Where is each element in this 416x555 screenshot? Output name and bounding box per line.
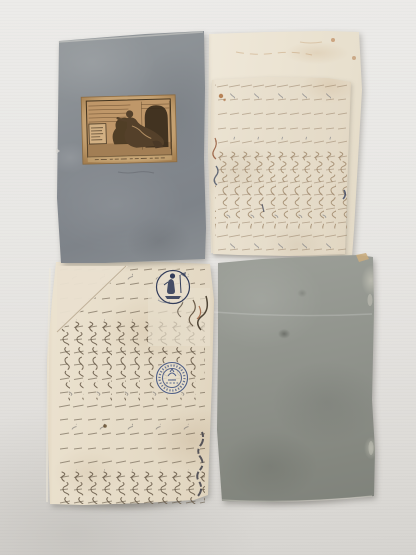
photo-scene [0, 0, 416, 555]
document-manuscript-bottom-left [44, 260, 218, 510]
grey-cover-surface [55, 28, 207, 264]
manuscript-surface-bottom-left [44, 260, 218, 510]
grey-green-cover-surface [212, 250, 376, 504]
document-cover-top-left [55, 28, 207, 264]
document-manuscript-top-right [208, 74, 356, 260]
manuscript-surface-top-right [208, 74, 356, 260]
document-cover-bottom-right [212, 250, 376, 504]
